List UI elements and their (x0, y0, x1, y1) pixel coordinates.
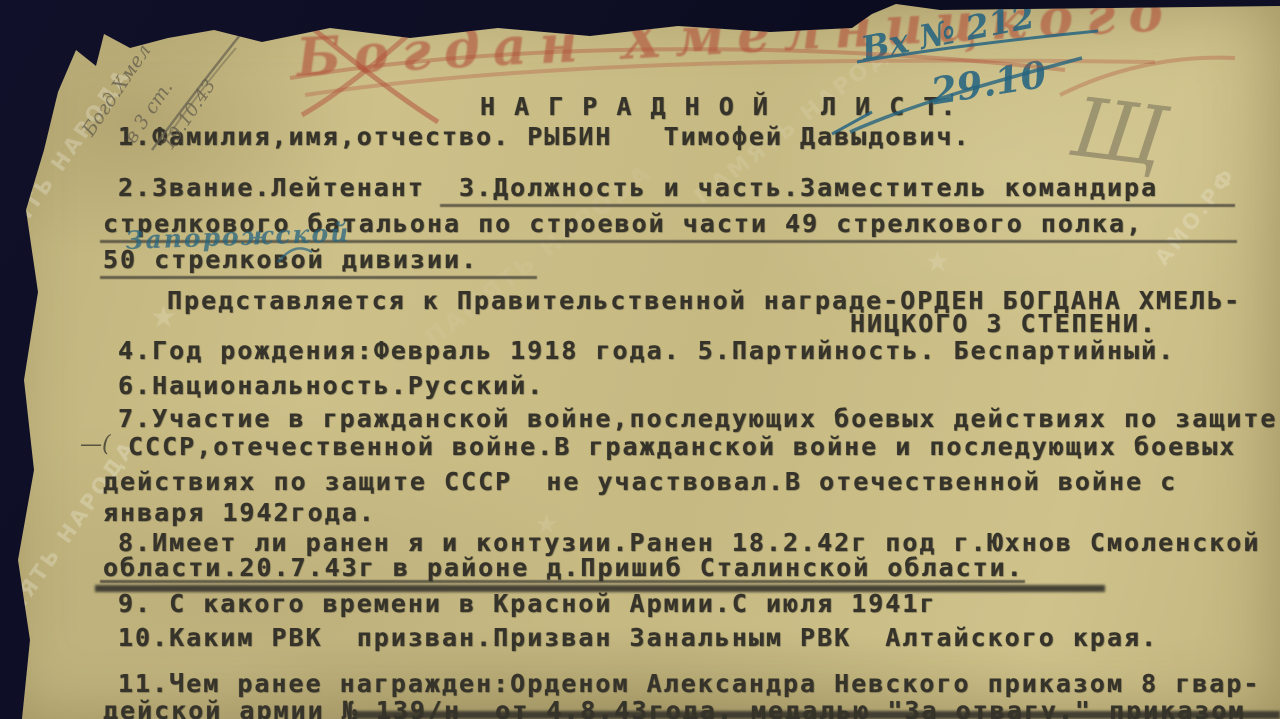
field-draft-office-line: 10.Каким РВК призван.Призван Занальным Р… (118, 623, 1158, 652)
watermark-fragment: АМО.РФ (1150, 163, 1241, 270)
underline-mark (100, 276, 537, 279)
underline-mark (440, 204, 1235, 207)
award-name-line2: НИЦКОГО 3 СТЕПЕНИ. (850, 309, 1157, 338)
field-nationality-line: 6.Национальность.Русский. (118, 371, 544, 400)
blue-ink-date: 29.10 (928, 52, 1049, 114)
margin-mark: —( (80, 432, 111, 457)
field-birth-party-line: 4.Год рождения:Февраль 1918 года. 5.Парт… (118, 336, 1175, 365)
paper-tear-hole (84, 22, 103, 40)
document-title: Н А Г Р А Д Н О Й Л И С Т. (480, 92, 957, 121)
document-scan: ПАМЯТЬ НАРОДА ПАМЯТЬ НАРОДА ПАМЯТЬ НАРОД… (0, 0, 1280, 719)
document-paper: ПАМЯТЬ НАРОДА ПАМЯТЬ НАРОДА ПАМЯТЬ НАРОД… (0, 0, 1280, 719)
field-previous-awards-line1: 11.Чем ранее награжден:Орденом Александр… (118, 669, 1260, 698)
field-war-participation-line4: января 1942года. (103, 498, 376, 527)
field-war-participation-line2: СССР,отечественной войне.В гражданской в… (128, 432, 1236, 461)
field-wounds-line2: области.20.7.43г в районе д.Пришиб Стали… (103, 553, 1024, 582)
field-army-service-line: 9. С какого времени в Красной Армии.С ию… (118, 589, 936, 618)
field-war-participation-line3: действиях по защите СССР не участвовал.В… (103, 467, 1177, 496)
pencil-initials: Щ (1066, 80, 1170, 186)
field-war-participation-line1: 7.Участие в гражданской войне,последующи… (118, 404, 1278, 433)
field-previous-awards-line2: дейской армии № 139/н от 4.8.43года, мед… (103, 696, 1245, 719)
field-rank-position-line: 2.Звание.Лейтенант 3.Должность и часть.З… (118, 173, 1158, 202)
watermark-star-icon: ★ (925, 245, 953, 278)
field-name-line: 1.Фамилия,имя,отчество. РЫБИН Тимофей Да… (118, 122, 971, 151)
